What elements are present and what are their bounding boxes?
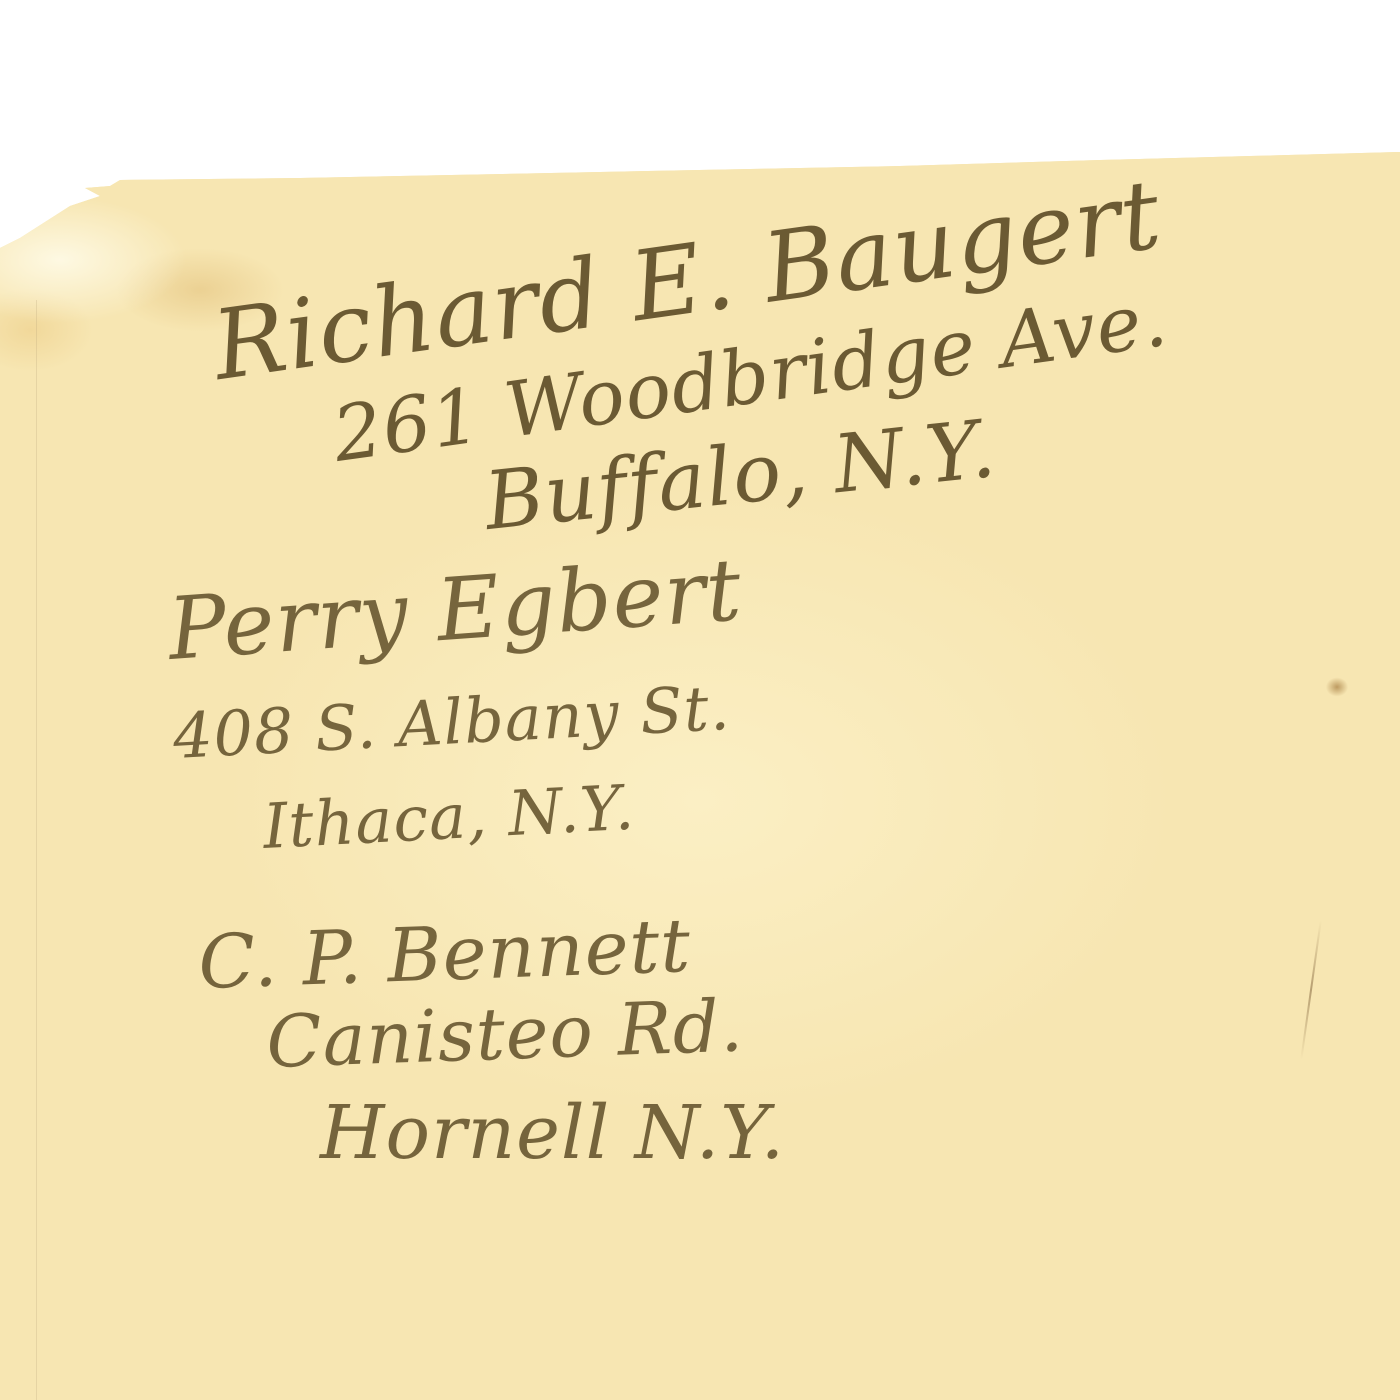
faint-ruled-border [36,300,41,1400]
address-city: Hornell N.Y. [320,1090,785,1176]
scan-canvas: Richard E. Baugert 261 Woodbridge Ave. B… [0,0,1400,1400]
address-street: Canisteo Rd. [265,983,745,1084]
